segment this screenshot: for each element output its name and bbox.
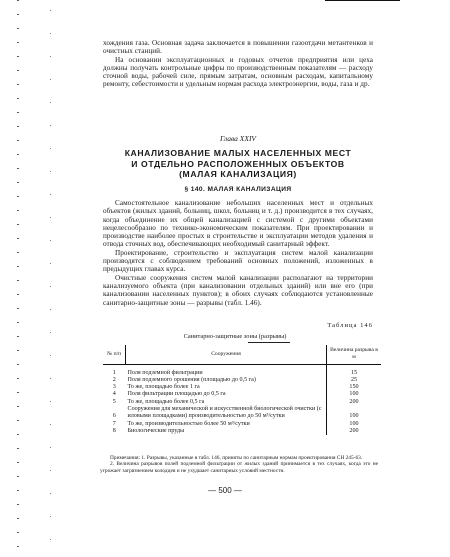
paragraph: На основании эксплуатационных и годовых …	[103, 56, 373, 89]
chapter-heading: Глава XXIV	[103, 134, 373, 143]
column-header-structure: Сооружения	[126, 345, 327, 364]
title-line: КАНАЛИЗОВАНИЕ МАЛЫХ НАСЕЛЕННЫХ МЕСТ	[103, 148, 373, 159]
column-header-distance: Величина разрыва в м	[327, 345, 382, 364]
table-row: 6 Сооружения для механической и искусств…	[103, 406, 381, 421]
row-structure: Поля фильтрации площадью до 0,5 га	[126, 391, 327, 398]
row-number: 8	[103, 428, 126, 435]
chapter-title: КАНАЛИЗОВАНИЕ МАЛЫХ НАСЕЛЕННЫХ МЕСТ И ОТ…	[103, 148, 373, 180]
row-number: 6	[103, 406, 126, 421]
row-structure: Поля подземной фильтрации	[126, 364, 327, 377]
title-underline	[248, 342, 290, 343]
row-structure: Сооружения для механической и искусствен…	[126, 406, 327, 421]
row-number: 7	[103, 421, 126, 428]
scan-border-line	[325, 0, 400, 1]
table-row: 8 Биологические пруды 200	[103, 428, 381, 435]
footnote: 2. Величина разрывов полей подземной фил…	[100, 461, 378, 474]
row-number: 1	[103, 364, 126, 377]
table-header-row: № п/п Сооружения Величина разрыва в м	[103, 345, 381, 364]
column-header-number: № п/п	[103, 345, 126, 364]
row-number: 5	[103, 399, 126, 406]
table-row: 1 Поля подземной фильтрации 15	[103, 364, 381, 377]
table-caption: Таблица 146	[103, 322, 373, 329]
row-distance: 25	[327, 377, 382, 384]
paragraph: Очистные сооружения систем малой канализ…	[103, 274, 373, 307]
row-distance: 100	[327, 421, 382, 428]
title-line: И ОТДЕЛЬНО РАСПОЛОЖЕННЫХ ОБЪЕКТОВ	[103, 159, 373, 170]
paragraph: Проектирование, строительство и эксплуат…	[103, 249, 373, 274]
scan-noise-left-edge	[17, 0, 19, 557]
document-page: хождения газа. Основная задача заключает…	[0, 0, 450, 557]
row-distance: 100	[327, 406, 382, 421]
row-distance: 200	[327, 399, 382, 406]
row-structure: Биологические пруды	[126, 428, 327, 435]
row-number: 2	[103, 377, 126, 384]
table-row: 4 Поля фильтрации площадью до 0,5 га 100	[103, 391, 381, 398]
body-text-block: Самостоятельное канализование небольших …	[103, 199, 373, 307]
paragraph: хождения газа. Основная задача заключает…	[103, 39, 373, 56]
table-footnotes: Примечания: 1. Разрывы, указанные в табл…	[100, 455, 378, 474]
top-text-block: хождения газа. Основная задача заключает…	[103, 39, 373, 89]
scan-noise-left-margin	[50, 10, 51, 550]
table-title: Санитарно-защитные зоны (разрывы)	[160, 333, 310, 340]
row-number: 4	[103, 391, 126, 398]
paragraph: Самостоятельное канализование небольших …	[103, 199, 373, 249]
row-distance: 100	[327, 391, 382, 398]
section-heading: § 140. МАЛАЯ КАНАЛИЗАЦИЯ	[103, 186, 373, 193]
table-row: 7 То же, производительностью более 50 м³…	[103, 421, 381, 428]
row-distance: 150	[327, 384, 382, 391]
row-distance: 15	[327, 364, 382, 377]
title-line: (МАЛАЯ КАНАЛИЗАЦИЯ)	[103, 169, 373, 180]
row-structure: То же, площадью более 0,5 га	[126, 399, 327, 406]
table-title-text: Санитарно-защитные зоны (разрывы)	[184, 333, 287, 340]
row-structure: То же, производительностью более 50 м³/с…	[126, 421, 327, 428]
table-row: 5 То же, площадью более 0,5 га 200	[103, 399, 381, 406]
page-number: — 500 —	[0, 486, 450, 495]
row-distance: 200	[327, 428, 382, 435]
sanitary-zones-table: № п/п Сооружения Величина разрыва в м 1 …	[103, 345, 381, 435]
row-number: 3	[103, 384, 126, 391]
